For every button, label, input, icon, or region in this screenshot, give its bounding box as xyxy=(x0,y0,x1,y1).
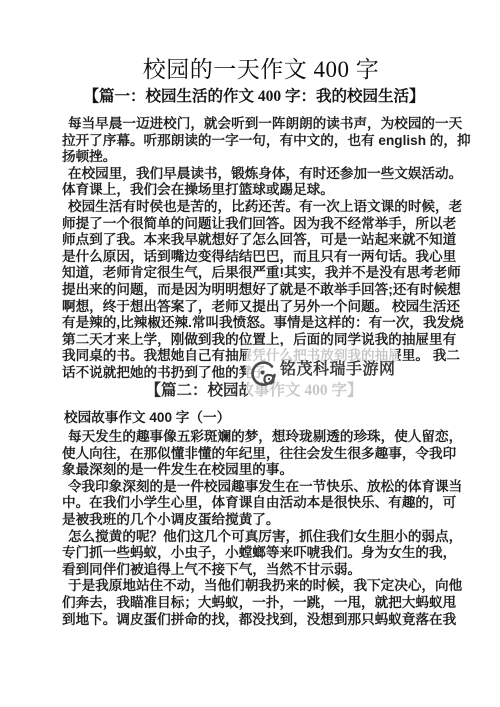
essay-paragraph: 在校园里，我们早晨读书，锻炼身体，有时还参加一些文娱活动。 体育课上，我们会在操… xyxy=(62,166,446,199)
essay-paragraph: 每当早晨一迈进校门，就会听到一阵朗朗的读书声，为校园的一天 拉开了序幕。听那朗读… xyxy=(62,116,446,166)
essay-paragraph: 令我印象深刻的是一件校园趣事发生在一节快乐、放松的体育课当 中。在我们小学生心里… xyxy=(62,479,446,529)
essay-paragraph: 每天发生的趣事像五彩斑斓的梦，想玲珑剔透的珍珠，使人留恋， 使人向往，在那似懂非… xyxy=(62,429,446,479)
site-watermark: 铭茂科瑞手游网 xyxy=(246,346,398,398)
page-title: 校园的一天作文 400 字 xyxy=(76,56,446,84)
essay-paragraph: 于是我原地站住不动，当他们朝我扔来的时候，我下定决心，向他 们奔去，我瞄准目标；… xyxy=(62,578,446,628)
essay-content: 校园的一天作文 400 字 【篇一：校园生活的作文 400 字：我的校园生活】 … xyxy=(62,56,446,628)
essay-paragraph: 怎么搅黄的呢？他们这几个可真厉害，抓住我们女生胆小的弱点， 专门抓一些蚂蚁，小虫… xyxy=(62,529,446,579)
essay-document-page: 校园的一天作文 400 字 【篇一：校园生活的作文 400 字：我的校园生活】 … xyxy=(0,0,500,707)
watermark-logo-icon xyxy=(250,360,278,388)
watermark-site-name: 铭茂科瑞手游网 xyxy=(280,361,396,379)
section1-heading: 【篇一：校园生活的作文 400 字：我的校园生活】 xyxy=(62,87,446,107)
section2-subheading: 校园故事作文 400 字（一） xyxy=(62,410,446,427)
